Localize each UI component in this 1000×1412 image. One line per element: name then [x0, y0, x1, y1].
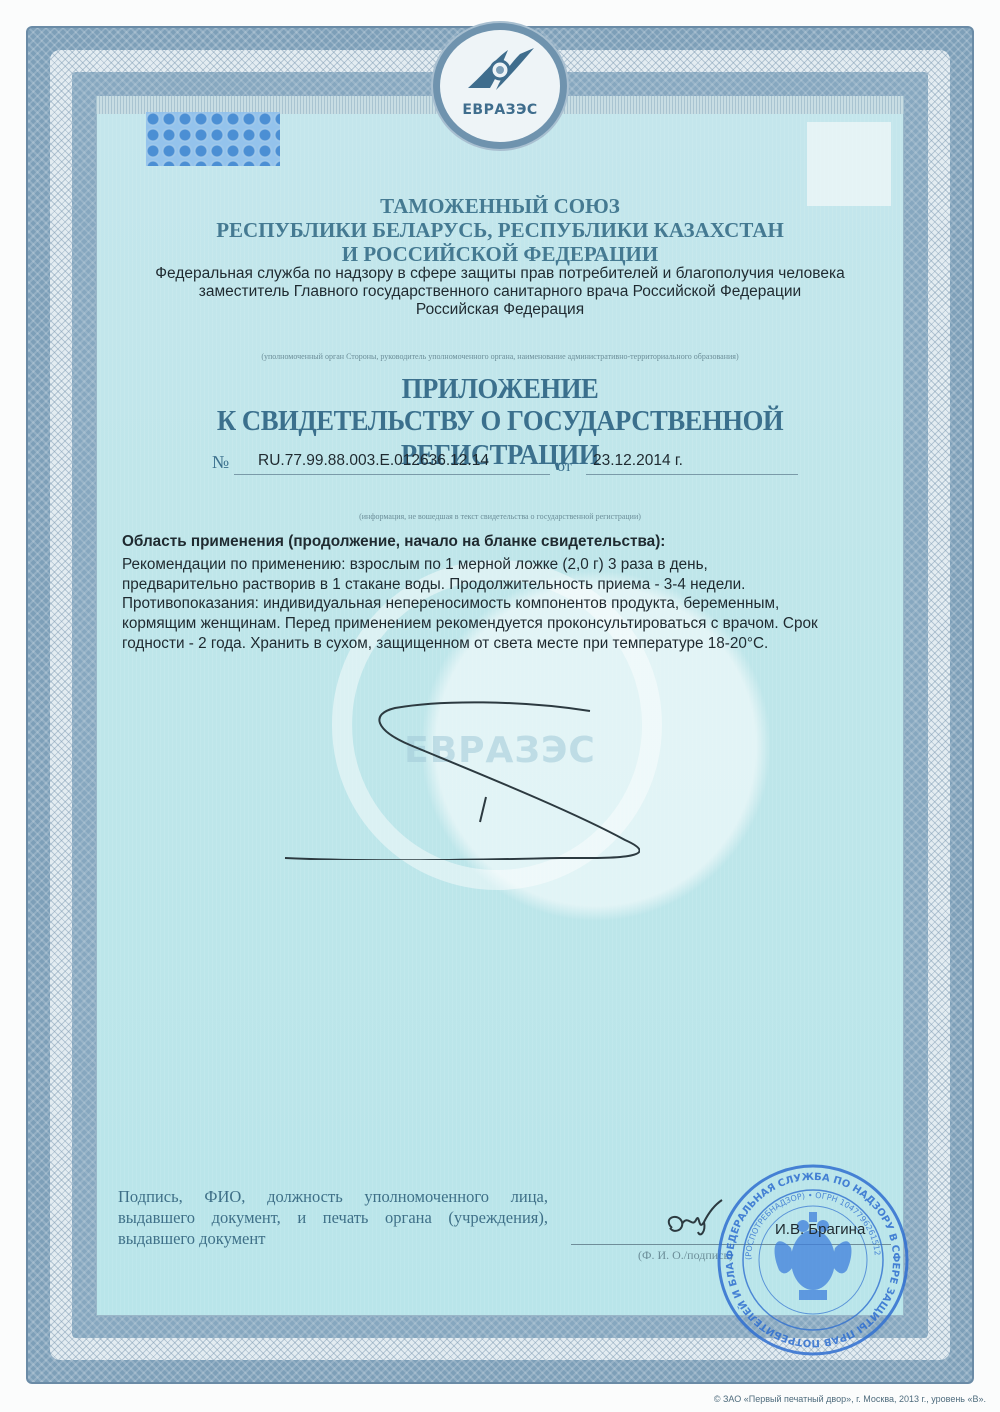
- union-title-line3: И РОССИЙСКОЙ ФЕДЕРАЦИИ: [100, 242, 900, 266]
- from-label: от: [557, 458, 572, 476]
- union-title-line2: РЕСПУБЛИКИ БЕЛАРУСЬ, РЕСПУБЛИКИ КАЗАХСТА…: [100, 218, 900, 242]
- number-underline: [234, 474, 550, 475]
- authority-line3: Российская Федерация: [100, 300, 900, 320]
- registration-date: 23.12.2014 г.: [593, 452, 683, 470]
- printer-copyright: © ЗАО «Первый печатный двор», г. Москва,…: [714, 1394, 986, 1404]
- signer-name: И.В. Брагина: [775, 1221, 865, 1238]
- signature-label: Подпись, ФИО, должность уполномоченного …: [118, 1186, 548, 1249]
- scope-line: Рекомендации по применению: взрослым по …: [122, 555, 902, 575]
- registration-note: (информация, не вошедшая в текст свидете…: [100, 512, 900, 521]
- authority-line2: заместитель Главного государственного са…: [100, 282, 900, 302]
- emblem-label: ЕВРАЗЭС: [428, 102, 572, 118]
- scope-line: Противопоказания: индивидуальная неперен…: [122, 594, 902, 614]
- registration-number: RU.77.99.88.003.Е.012636.12.14: [258, 452, 489, 470]
- handwritten-signature-icon: [280, 690, 640, 860]
- scope-line: предварительно растворив в 1 стакане вод…: [122, 575, 902, 595]
- scope-line: годности - 2 года. Хранить в сухом, защи…: [122, 634, 902, 654]
- application-scope: Область применения (продолжение, начало …: [122, 532, 902, 654]
- scope-heading: Область применения (продолжение, начало …: [122, 532, 902, 552]
- hologram-icon: [146, 112, 280, 166]
- eurasec-emblem: ЕВРАЗЭС: [428, 22, 572, 150]
- eurasec-logo-icon: [466, 44, 536, 96]
- official-stamp-icon: ФЕДЕРАЛЬНАЯ СЛУЖБА ПО НАДЗОРУ В СФЕРЕ ЗА…: [713, 1160, 913, 1360]
- registration-row: № RU.77.99.88.003.Е.012636.12.14 от 23.1…: [200, 448, 810, 478]
- date-underline: [586, 474, 798, 475]
- scope-line: кормящим женщинам. Перед применением рек…: [122, 614, 902, 634]
- document-title-line1: ПРИЛОЖЕНИЕ: [132, 372, 868, 406]
- authority-line1: Федеральная служба по надзору в сфере за…: [100, 264, 900, 284]
- official-signature-icon: [660, 1198, 730, 1242]
- number-sign: №: [212, 452, 229, 473]
- union-title-line1: ТАМОЖЕННЫЙ СОЮЗ: [100, 194, 900, 218]
- authority-note: (уполномоченный орган Стороны, руководит…: [100, 352, 900, 361]
